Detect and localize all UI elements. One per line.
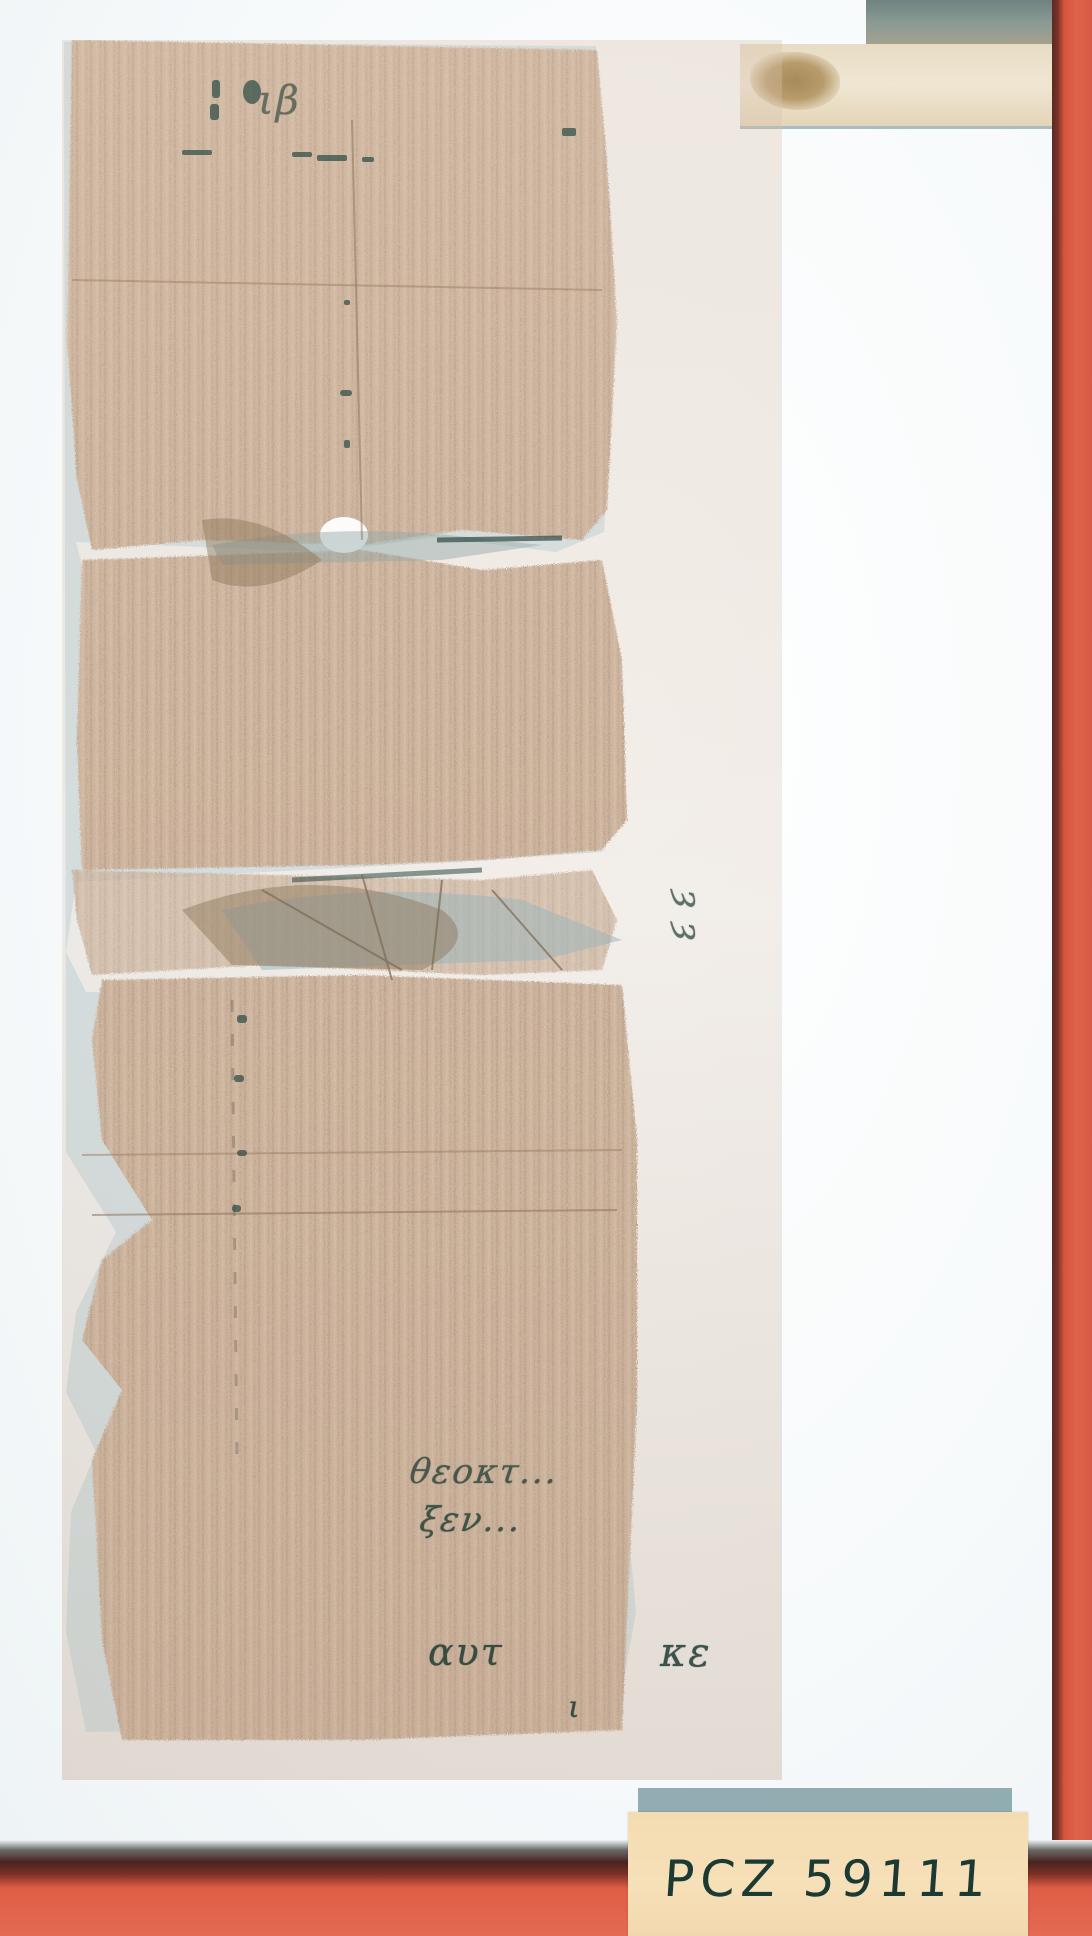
catalogue-number: PCZ 59111 bbox=[662, 1850, 994, 1908]
inscription-line-3: αυτ bbox=[428, 1630, 504, 1674]
inscription-line-2: ξεν... bbox=[417, 1500, 525, 1540]
red-frame-right bbox=[1052, 0, 1092, 1936]
photo-scene: ιβ ȝ ȝ θεοκτ... ξεν... αυτ κε ι PCZ 5911… bbox=[0, 0, 1092, 1936]
inscription-line-1: θεοκτ... bbox=[407, 1452, 561, 1492]
inscription-mark: ι bbox=[568, 1690, 582, 1725]
inscription-line-4: κε bbox=[660, 1630, 712, 1676]
top-tape-strip bbox=[740, 44, 1052, 129]
catalogue-label: PCZ 59111 bbox=[628, 1812, 1028, 1936]
inscription-top: ιβ bbox=[258, 78, 301, 124]
inscription-side: ȝ ȝ bbox=[668, 890, 708, 942]
